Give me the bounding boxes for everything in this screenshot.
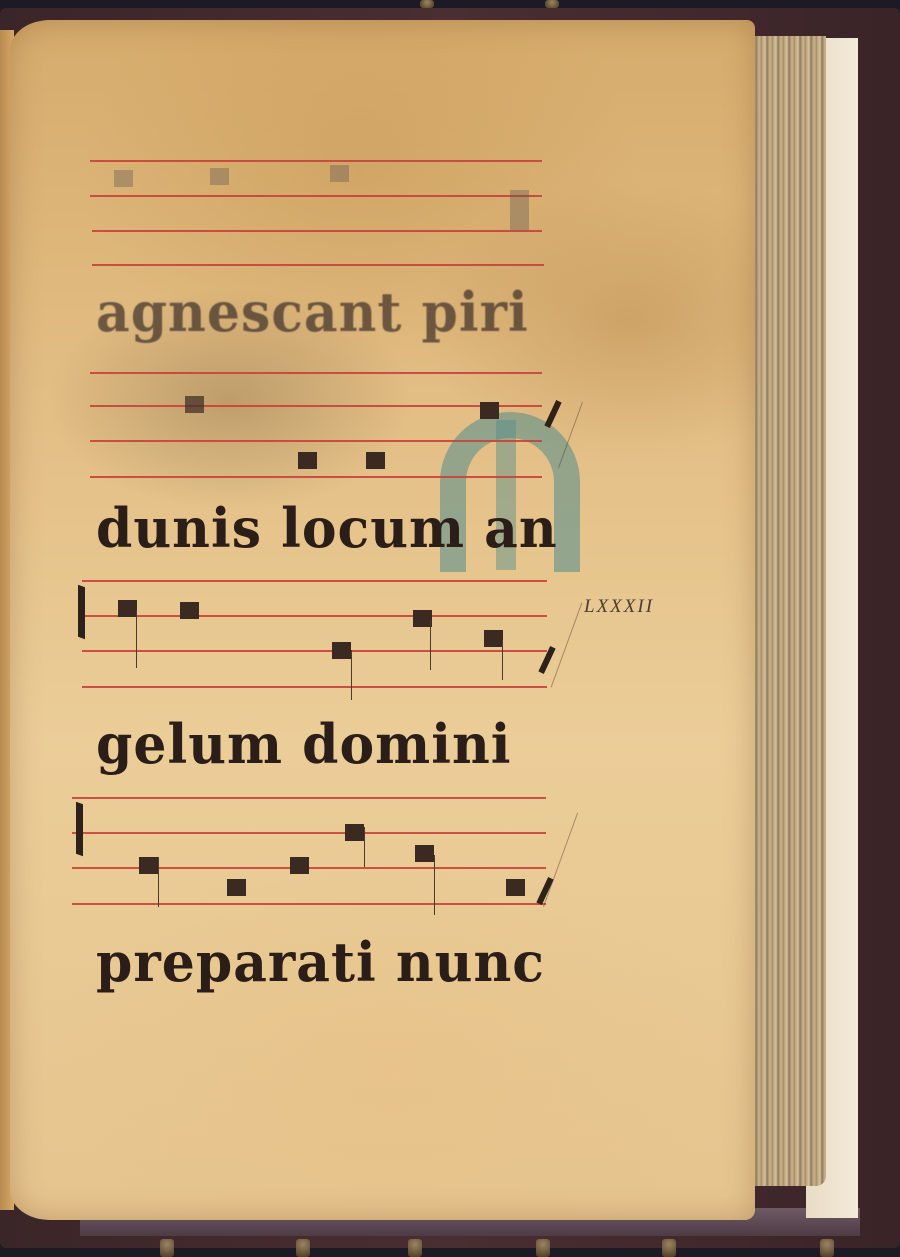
- square-note: [290, 857, 309, 874]
- square-note: [415, 845, 434, 862]
- staff-line: [82, 650, 547, 652]
- folio-number: LXXXII: [584, 596, 654, 618]
- square-note: [484, 630, 503, 647]
- lyric-line-3: gelum domini: [96, 712, 512, 776]
- note-stem: [434, 855, 435, 915]
- faded-note: [114, 170, 133, 187]
- square-note: [185, 396, 204, 413]
- square-note: [139, 857, 158, 874]
- note-stem: [351, 650, 352, 700]
- note-stem: [430, 620, 431, 670]
- square-note: [332, 642, 351, 659]
- faded-note: [210, 168, 229, 185]
- cradle-peg: [820, 1239, 834, 1257]
- staff-line: [90, 372, 542, 374]
- cradle-peg: [420, 0, 434, 8]
- cradle-peg: [296, 1239, 310, 1257]
- square-note: [180, 602, 199, 619]
- cradle-peg: [536, 1239, 550, 1257]
- lyric-line-2: dunis locum an: [96, 496, 558, 560]
- note-stem: [158, 857, 159, 907]
- square-note: [227, 879, 246, 896]
- faded-note: [330, 165, 349, 182]
- square-note: [345, 824, 364, 841]
- staff-line: [82, 615, 547, 617]
- staff-line: [82, 686, 547, 688]
- note-stem: [136, 610, 137, 668]
- lyric-line-1: agnescant piri: [96, 280, 529, 344]
- square-note: [506, 879, 525, 896]
- note-stem: [502, 640, 503, 680]
- staff-line: [82, 580, 547, 582]
- c-clef: [78, 585, 85, 640]
- square-note: [118, 600, 137, 617]
- staff-line: [90, 476, 542, 478]
- square-note: [298, 452, 317, 469]
- cradle-peg: [408, 1239, 422, 1257]
- custos: [544, 400, 561, 428]
- cradle-peg: [545, 0, 559, 8]
- staff-line: [92, 264, 544, 266]
- staff-line: [90, 440, 542, 442]
- staff-line: [90, 160, 542, 162]
- cradle-peg: [160, 1239, 174, 1257]
- c-clef: [76, 802, 83, 857]
- staff-line: [72, 903, 546, 905]
- faded-note: [510, 190, 529, 230]
- lyric-line-4: preparati nunc: [96, 930, 545, 994]
- staff-line: [92, 230, 542, 232]
- square-note: [366, 452, 385, 469]
- note-stem: [364, 827, 365, 867]
- staff-line: [90, 405, 542, 407]
- manuscript-page: agnescant piri dunis locum an gelum domi…: [10, 20, 755, 1220]
- staff-line: [72, 797, 546, 799]
- cradle-peg: [662, 1239, 676, 1257]
- ruling-line: [543, 813, 578, 907]
- staff-line: [90, 195, 542, 197]
- staff-line: [72, 832, 546, 834]
- ruling-line: [551, 603, 583, 688]
- square-note: [480, 402, 499, 419]
